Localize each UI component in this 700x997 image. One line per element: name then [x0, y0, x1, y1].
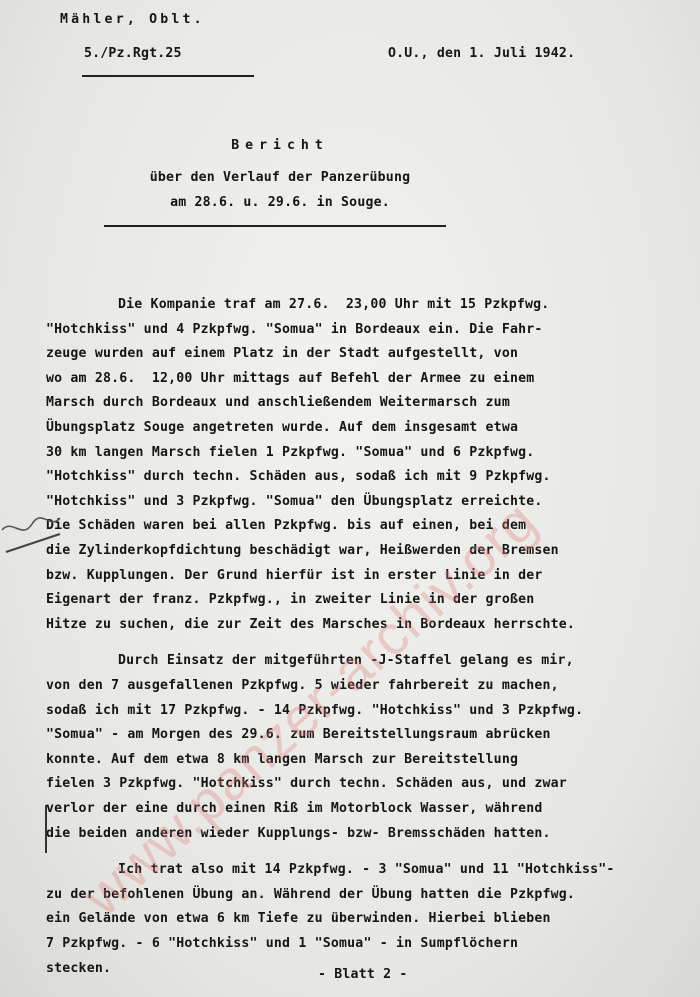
body-line: Übungsplatz Souge angetreten wurde. Auf …: [46, 420, 518, 435]
body-line: wo am 28.6. 12,00 Uhr mittags auf Befehl…: [46, 371, 534, 386]
body-line: 30 km langen Marsch fielen 1 Pzkpfwg. "S…: [46, 445, 534, 460]
body-line: Marsch durch Bordeaux und anschließendem…: [46, 395, 510, 410]
title-rule: [104, 225, 446, 227]
body-line: "Hotchkiss" und 4 Pzkpfwg. "Somua" in Bo…: [46, 322, 543, 337]
body-line: 7 Pzkpfwg. - 6 "Hotchkiss" und 1 "Somua"…: [46, 936, 518, 951]
page-footer: - Blatt 2 -: [318, 967, 408, 982]
place-date: O.U., den 1. Juli 1942.: [388, 46, 575, 61]
body-line: Hitze zu suchen, die zur Zeit des Marsch…: [46, 617, 575, 632]
document-page: Mähler, Oblt. 5./Pz.Rgt.25 O.U., den 1. …: [0, 0, 700, 997]
report-subtitle-2: am 28.6. u. 29.6. in Souge.: [110, 195, 450, 210]
header-rule: [82, 75, 254, 77]
body-line: fielen 3 Pzkpfwg. "Hotchkiss" durch tech…: [46, 776, 567, 791]
body-line: "Hotchkiss" und 3 Pzkpfwg. "Somua" den Ü…: [46, 494, 543, 509]
unit-designation: 5./Pz.Rgt.25: [84, 46, 182, 61]
report-subtitle-1: über den Verlauf der Panzerübung: [110, 170, 450, 185]
margin-mark: [45, 805, 47, 853]
body-line: stecken.: [46, 961, 111, 976]
body-line: "Hotchkiss" durch techn. Schäden aus, so…: [46, 469, 551, 484]
body-line: Die Schäden waren bei allen Pzkpfwg. bis…: [46, 518, 526, 533]
body-line: Die Kompanie traf am 27.6. 23,00 Uhr mit…: [118, 297, 549, 312]
handwritten-margin-note: [0, 500, 80, 560]
body-line: verlor der eine durch einen Riß im Motor…: [46, 801, 543, 816]
author-name: Mähler, Oblt.: [60, 12, 205, 27]
body-line: Ich trat also mit 14 Pzkpfwg. - 3 "Somua…: [118, 862, 615, 877]
body-line: zeuge wurden auf einem Platz in der Stad…: [46, 346, 518, 361]
report-title: Bericht: [110, 138, 450, 153]
